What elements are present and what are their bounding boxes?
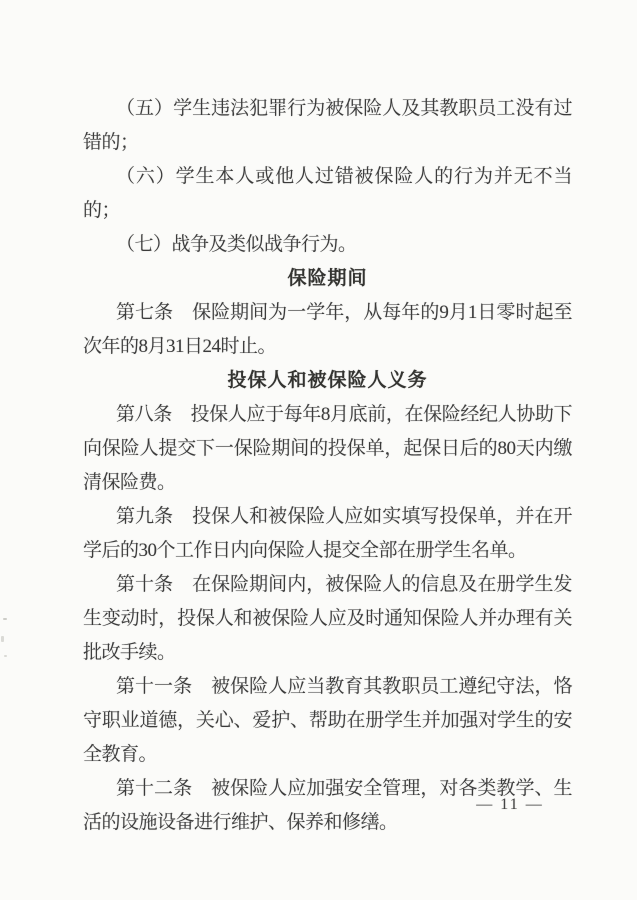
scan-artifact bbox=[3, 618, 7, 620]
document-content: （五）学生违法犯罪行为被保险人及其教职员工没有过错的； （六）学生本人或他人过错… bbox=[83, 92, 572, 840]
article-8: 第八条 投保人应于每年8月底前，在保险经纪人协助下向保险人提交下一保险期间的投保… bbox=[83, 398, 572, 500]
page-number: — 11 — bbox=[455, 795, 565, 815]
article-11: 第十一条 被保险人应当教育其教职员工遵纪守法，恪守职业道德，关心、爱护、帮助在册… bbox=[83, 670, 572, 772]
article-10: 第十条 在保险期间内，被保险人的信息及在册学生发生变动时，投保人和被保险人应及时… bbox=[83, 568, 572, 670]
article-9: 第九条 投保人和被保险人应如实填写投保单，并在开学后的30个工作日内向保险人提交… bbox=[83, 500, 572, 568]
scan-artifact bbox=[4, 655, 7, 657]
article-7: 第七条 保险期间为一学年，从每年的9月1日零时起至次年的8月31日24时止。 bbox=[83, 296, 572, 364]
scan-artifact bbox=[1, 636, 4, 642]
clause-item-7: （七）战争及类似战争行为。 bbox=[83, 228, 572, 262]
clause-item-6: （六）学生本人或他人过错被保险人的行为并无不当的； bbox=[83, 160, 572, 228]
heading-insurance-period: 保险期间 bbox=[83, 262, 572, 296]
clause-item-5: （五）学生违法犯罪行为被保险人及其教职员工没有过错的； bbox=[83, 92, 572, 160]
heading-policyholder-duties: 投保人和被保险人义务 bbox=[83, 364, 572, 398]
document-page: （五）学生违法犯罪行为被保险人及其教职员工没有过错的； （六）学生本人或他人过错… bbox=[0, 0, 637, 900]
